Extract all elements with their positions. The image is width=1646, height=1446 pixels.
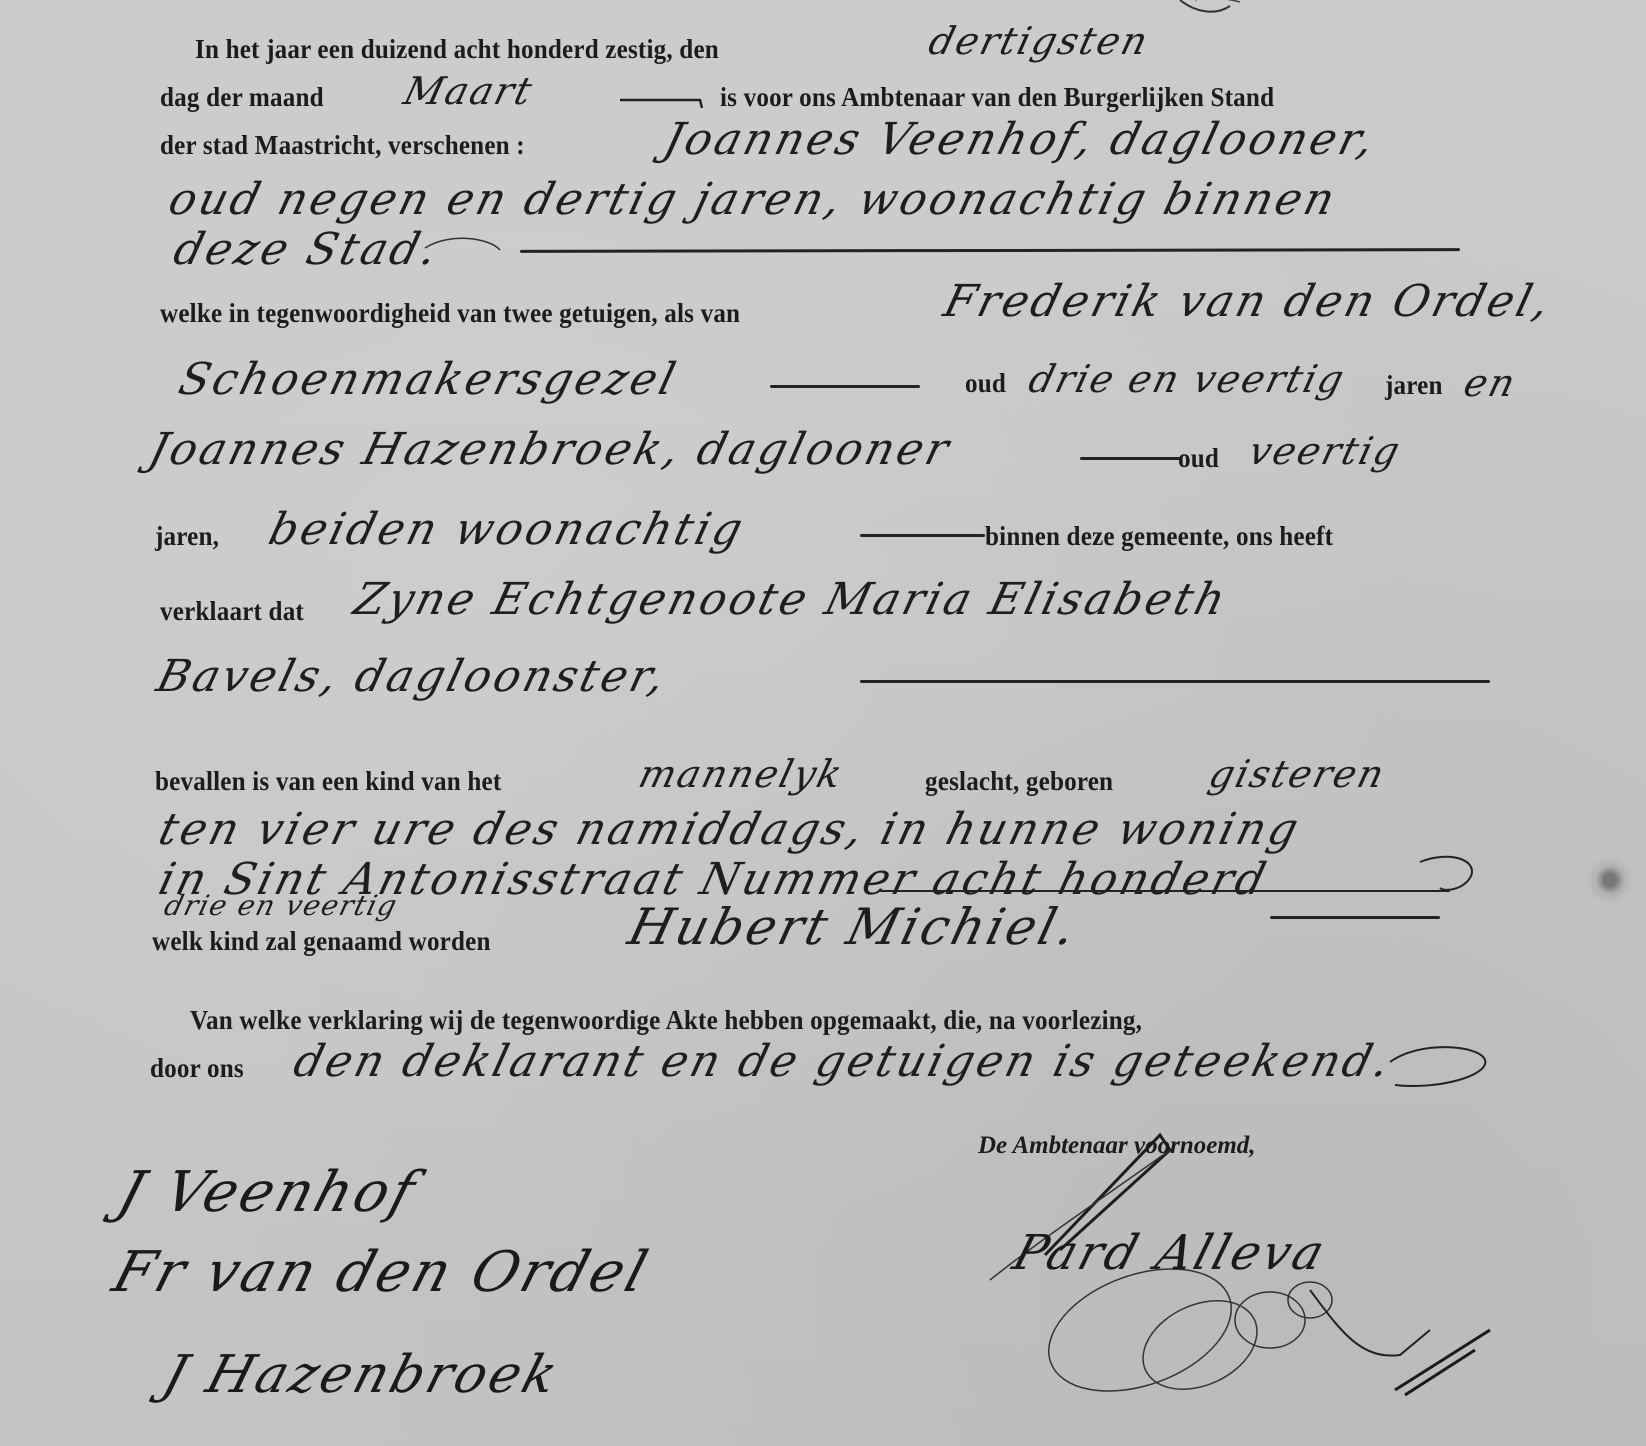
record-line-11: Bavels, dagloonster, [158, 655, 667, 699]
handwritten-birth-time: ten vier ure des namiddags, in hunne won… [155, 808, 1306, 852]
handwritten-age: veertig [1245, 432, 1405, 470]
fill-rule [860, 534, 985, 537]
printed-text: jaren, [155, 523, 219, 550]
printed-text: welk kind zal genaamd worden [152, 928, 491, 955]
handwritten-address-cont: drie en veertig [162, 892, 401, 920]
printed-text: verklaart dat [160, 598, 304, 625]
record-line-1: In het jaar een duizend acht honderd zes… [195, 36, 758, 63]
fill-rule [860, 680, 1490, 683]
record-line-6-handwritten: Frederik van den Ordel, [945, 280, 1551, 324]
record-line-17: Van welke verklaring wij de tegenwoordig… [190, 1007, 1214, 1034]
record-line-2-handwritten: Maart [405, 72, 533, 110]
handwritten-day: dertigsten [925, 22, 1153, 60]
printed-text: binnen deze gemeente, ons heeft [985, 523, 1333, 550]
printed-text: oud [1178, 445, 1219, 472]
record-line-12-cont: geslacht, geboren [925, 768, 1127, 795]
handwritten-text: en [1460, 364, 1520, 402]
handwritten-witness-2: Joannes Hazenbroek, daglooner [145, 428, 956, 472]
printed-text: jaren [1385, 372, 1443, 399]
underline-rule [880, 890, 1450, 892]
printed-text: Van welke verklaring wij de tegenwoordig… [190, 1007, 1142, 1034]
handwritten-age: drie en veertig [1025, 360, 1349, 398]
handwritten-text: deze Stad. [170, 228, 445, 272]
handwritten-text: den deklarant en de getuigen is geteeken… [290, 1040, 1397, 1084]
record-line-3-handwritten: Joannes Veenhof, daglooner, [665, 118, 1376, 162]
record-line-5: deze Stad. [175, 228, 439, 272]
signature-witness-1: Fr van den Ordel [106, 1240, 657, 1305]
record-line-4: oud negen en dertig jaren, woonachtig bi… [170, 178, 1336, 222]
record-line-2-cont: is voor ons Ambtenaar van den Burgerlijk… [720, 84, 1316, 111]
record-line-9-cont: binnen deze gemeente, ons heeft [985, 523, 1359, 550]
printed-text: der stad Maastricht, verschenen : [160, 132, 525, 159]
record-line-10-handwritten: Zyne Echtgenoote Maria Elisabeth [355, 578, 1227, 622]
handwritten-text: oud negen en dertig jaren, woonachtig bi… [165, 178, 1342, 222]
record-line-7: Schoenmakersgezel [180, 358, 677, 402]
record-line-12-hw-2: gisteren [1210, 755, 1385, 793]
printed-text: geslacht, geboren [925, 768, 1113, 795]
record-line-8-age: veertig [1250, 432, 1400, 470]
record-line-18-handwritten: den deklarant en de getuigen is geteeken… [295, 1040, 1391, 1084]
record-line-6: welke in tegenwoordigheid van twee getui… [160, 300, 784, 327]
record-line-12-handwritten: mannelyk [640, 755, 843, 793]
record-line-3: der stad Maastricht, verschenen : [160, 132, 552, 159]
record-line-2: dag der maand [160, 84, 336, 111]
record-line-15: drie en veertig [165, 892, 397, 920]
record-line-16: welk kind zal genaamd worden [152, 928, 516, 955]
printed-text: oud [965, 370, 1006, 397]
handwritten-month: Maart [400, 72, 537, 110]
printed-text: bevallen is van een kind van het [155, 768, 501, 795]
record-line-8: Joannes Hazenbroek, daglooner [150, 428, 950, 472]
record-line-8-printed: oud [1178, 445, 1222, 472]
handwritten-witness-1: Frederik van den Ordel, [940, 280, 1557, 324]
official-label: De Ambtenaar voornoemd, [978, 1133, 1256, 1158]
record-line-12: bevallen is van een kind van het [155, 768, 527, 795]
signature-official: Pard Alleva [1007, 1225, 1333, 1281]
printed-text: is voor ons Ambtenaar van den Burgerlijk… [720, 84, 1274, 111]
record-line-10: verklaart dat [160, 598, 315, 625]
signature-witness-2: J Hazenbroek [156, 1345, 566, 1405]
record-line-9-handwritten: beiden woonachtig [270, 508, 744, 552]
handwritten-text: beiden woonachtig [265, 508, 750, 552]
record-line-16-handwritten: Hubert Michiel. [630, 902, 1077, 952]
signature-declarant: J Veenhof [111, 1160, 425, 1225]
fill-rule [1080, 457, 1180, 460]
printed-text: door ons [150, 1055, 244, 1082]
handwritten-declarant: Joannes Veenhof, daglooner, [660, 118, 1381, 162]
handwritten-occupation: Schoenmakersgezel [175, 358, 683, 402]
record-line-1-handwritten: dertigsten [930, 22, 1148, 60]
handwritten-child-name: Hubert Michiel. [624, 902, 1084, 952]
handwritten-sex: mannelyk [635, 755, 847, 793]
fill-rule [1270, 916, 1440, 919]
printed-text: In het jaar een duizend acht honderd zes… [195, 36, 719, 63]
record-line-9: jaren, [155, 523, 224, 550]
record-line-18: door ons [150, 1055, 251, 1082]
fill-rule [770, 385, 920, 388]
record-line-7-hw-3: en [1465, 364, 1516, 402]
handwritten-text: gisteren [1205, 755, 1389, 793]
record-line-7-printed: oud [965, 370, 1009, 397]
printed-text: dag der maand [160, 84, 324, 111]
handwritten-mother: Zyne Echtgenoote Maria Elisabeth [350, 578, 1233, 622]
record-line-7-printed-2: jaren [1385, 372, 1447, 399]
record-line-7-age: drie en veertig [1030, 360, 1345, 398]
record-line-13: ten vier ure des namiddags, in hunne won… [160, 808, 1300, 852]
printed-text: welke in tegenwoordigheid van twee getui… [160, 300, 740, 327]
handwritten-mother-surname: Bavels, dagloonster, [153, 655, 673, 699]
